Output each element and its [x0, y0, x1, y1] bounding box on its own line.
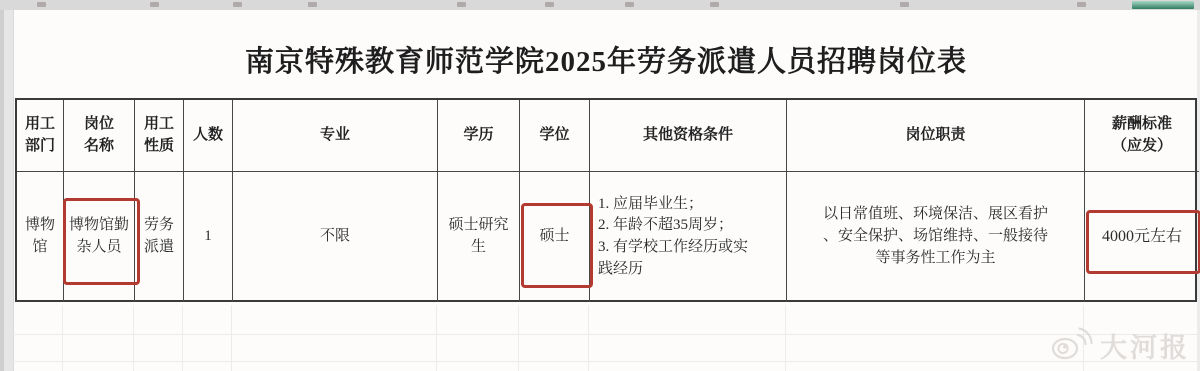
- cell-education[interactable]: 硕士研究 生: [438, 172, 520, 302]
- clipped-text-fragment: [150, 2, 159, 7]
- clipped-text-fragment: [457, 2, 466, 7]
- cell-degree[interactable]: 硕士: [520, 172, 590, 302]
- header-education[interactable]: 学历: [438, 100, 520, 172]
- header-major[interactable]: 专业: [233, 100, 438, 172]
- selected-cell-highlight-bar: [1132, 1, 1194, 9]
- spreadsheet-screenshot: 南京特殊教育师范学院2025年劳务派遣人员招聘岗位表 用工 部门 岗位 名称 用…: [0, 0, 1200, 371]
- clipped-text-fragment: [37, 2, 46, 7]
- recruitment-table: 用工 部门 岗位 名称 用工 性质 人数 专业 学历 学位 其他资格条件 岗位职…: [15, 98, 1197, 302]
- header-qualifications[interactable]: 其他资格条件: [590, 100, 787, 172]
- clipped-text-fragment: [545, 2, 554, 7]
- cell-department[interactable]: 博物 馆: [17, 172, 64, 302]
- clipped-top-row: [0, 0, 1200, 10]
- header-salary[interactable]: 薪酬标准 （应发）: [1085, 100, 1199, 172]
- clipped-text-fragment: [308, 2, 317, 7]
- cell-salary[interactable]: 4000元左右: [1085, 172, 1199, 302]
- gridline: [13, 361, 1200, 362]
- header-duties[interactable]: 岗位职责: [787, 100, 1085, 172]
- weibo-icon: [1051, 326, 1093, 365]
- dahebao-watermark: 大河报: [1051, 326, 1190, 365]
- header-employment-type[interactable]: 用工 性质: [135, 100, 184, 172]
- header-degree[interactable]: 学位: [520, 100, 590, 172]
- cell-qualifications[interactable]: 1. 应届毕业生； 2. 年龄不超35周岁； 3. 有学校工作经历或实 践经历: [590, 172, 787, 302]
- clipped-text-fragment: [710, 2, 719, 7]
- clipped-text-fragment: [233, 2, 242, 7]
- sheet-edge-shade: [0, 10, 4, 371]
- cell-headcount[interactable]: 1: [184, 172, 233, 302]
- clipped-text-fragment: [1077, 2, 1086, 7]
- cell-major[interactable]: 不限: [233, 172, 438, 302]
- cell-duties[interactable]: 以日常值班、环境保洁、展区看护 、安全保护、场馆维持、一般接待 等事务性工作为主: [787, 172, 1085, 302]
- clipped-text-fragment: [625, 2, 634, 7]
- clipped-text-fragment: [900, 2, 909, 7]
- header-position-name[interactable]: 岗位 名称: [64, 100, 135, 172]
- cell-position-name[interactable]: 博物馆勤 杂人员: [64, 172, 135, 302]
- header-department[interactable]: 用工 部门: [17, 100, 64, 172]
- cell-employment-type[interactable]: 劳务 派遣: [135, 172, 184, 302]
- watermark-text: 大河报: [1100, 326, 1190, 365]
- gridline: [13, 334, 1200, 335]
- header-headcount[interactable]: 人数: [184, 100, 233, 172]
- sheet-left-margin: [0, 10, 14, 371]
- table-title[interactable]: 南京特殊教育师范学院2025年劳务派遣人员招聘岗位表: [15, 26, 1197, 92]
